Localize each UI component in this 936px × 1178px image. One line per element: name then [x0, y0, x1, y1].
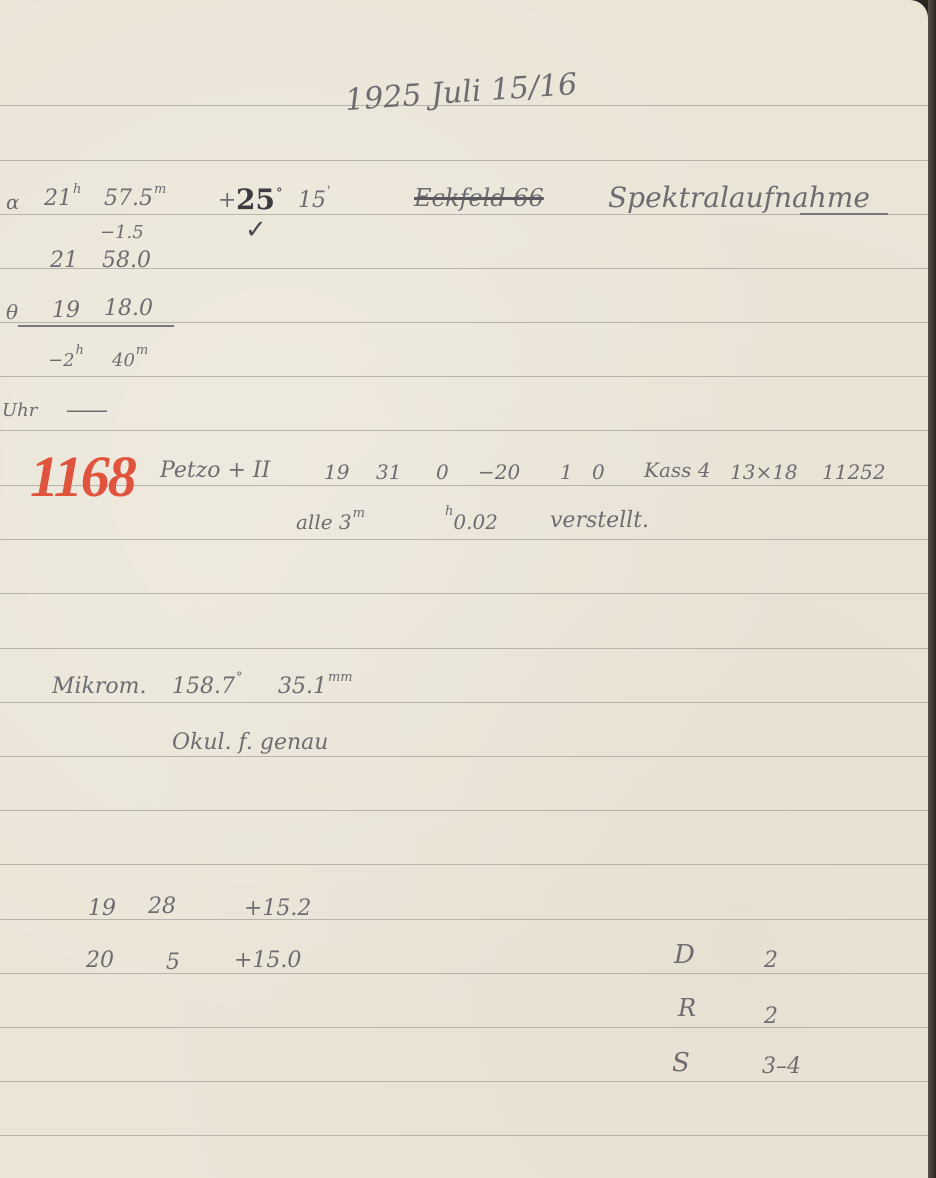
time-log-row-1-m: 28: [148, 896, 176, 918]
alpha-correction: −1.5: [100, 224, 144, 242]
micrometer-label: Mikrom.: [52, 676, 147, 698]
struck-note: Eckfeld 66: [414, 186, 544, 210]
plate-field-2: 31: [376, 462, 401, 482]
plate-field-4: −20: [478, 462, 520, 482]
time-log-row-1-value: +15.2: [244, 898, 311, 920]
rating-d-value: 2: [764, 950, 778, 972]
rating-d-label: D: [674, 942, 695, 968]
check-mark-icon: ✓: [245, 215, 267, 245]
time-log-row-2-h: 20: [86, 950, 114, 972]
alpha-hours: 21h: [44, 188, 81, 210]
plate-field-7: Kass 4: [644, 460, 710, 480]
theta-minutes: 18.0: [104, 298, 153, 320]
ruled-line: [0, 919, 928, 920]
rating-s-value: 3–4: [762, 1056, 801, 1078]
time-log-row-2-m: 5: [166, 952, 180, 974]
alpha-minutes: 57.5m: [104, 188, 166, 210]
ruled-line: [0, 864, 928, 865]
ruled-line: [0, 810, 928, 811]
hour-angle-minutes: 40m: [112, 352, 148, 370]
micrometer-reading-1: 158.7°: [172, 676, 242, 698]
corrected-minutes: 58.0: [102, 250, 151, 272]
plate-number: 1168: [30, 448, 135, 506]
ruled-line: [0, 702, 928, 703]
hour-angle-hours: −2h: [48, 352, 84, 370]
rating-r-value: 2: [764, 1006, 778, 1028]
ruled-line: [0, 430, 928, 431]
clock-value: —: [65, 400, 109, 422]
ruled-line: [0, 214, 928, 215]
ruled-line: [0, 485, 928, 486]
ruled-line: [0, 1135, 928, 1136]
micrometer-note: Okul. f. genau: [172, 732, 328, 754]
corrected-hours: 21: [50, 250, 78, 272]
ruled-line: [0, 756, 928, 757]
sum-underline: [18, 325, 174, 327]
ruled-line: [0, 1027, 928, 1028]
plate-note-prefix: alle 3m: [296, 512, 365, 532]
alpha-label: α: [6, 192, 20, 212]
ruled-line: [0, 648, 928, 649]
declination-sign: +: [218, 190, 236, 212]
time-log-row-2-value: +15.0: [234, 950, 301, 972]
ruled-line: [0, 376, 928, 377]
rating-r-label: R: [678, 996, 696, 1020]
plate-field-8: 13×18: [730, 462, 798, 482]
theta-hours: 19: [52, 300, 80, 322]
ruled-line: [0, 539, 928, 540]
notebook-edge: [928, 0, 936, 1178]
ruled-line: [0, 973, 928, 974]
plate-note-suffix: verstellt.: [550, 510, 649, 532]
theta-label: θ: [6, 302, 18, 322]
heading-underline: [800, 213, 888, 215]
plate-field-6: 0: [592, 462, 605, 482]
plate-note-value: h0.02: [444, 512, 498, 532]
ruled-line: [0, 322, 928, 323]
section-heading: Spektralaufnahme: [608, 184, 870, 212]
ruled-line: [0, 593, 928, 594]
plate-field-1: 19: [324, 462, 349, 482]
plate-field-5: 1: [560, 462, 573, 482]
declination-minutes: 15': [298, 190, 331, 212]
ruled-line: [0, 1081, 928, 1082]
ruled-line: [0, 160, 928, 161]
notebook-page: 1925 Juli 15/16 α 21h 57.5m + 25° ✓ 15' …: [0, 0, 928, 1178]
declination-degrees: 25°: [236, 186, 282, 214]
micrometer-reading-2: 35.1mm: [278, 676, 353, 698]
page-date: 1925 Juli 15/16: [344, 70, 578, 116]
clock-label: Uhr: [2, 402, 37, 420]
time-log-row-1-h: 19: [88, 898, 116, 920]
plate-field-3: 0: [436, 462, 449, 482]
plate-field-9: 11252: [822, 462, 886, 482]
observer: Petzo + II: [160, 460, 270, 482]
rating-s-label: S: [672, 1050, 690, 1076]
